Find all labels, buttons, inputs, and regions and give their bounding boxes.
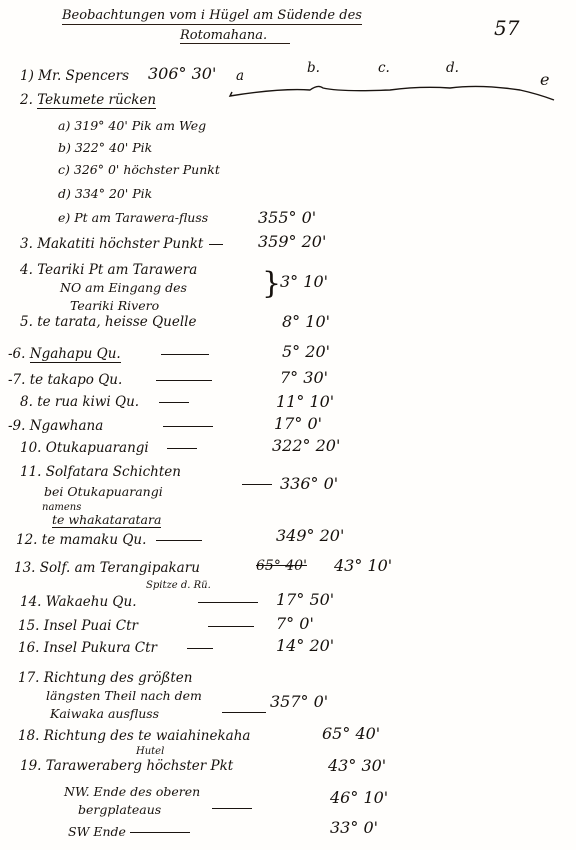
entry-text: Tekumete rücken bbox=[37, 92, 156, 109]
entry-11-line4: te whakataratara bbox=[52, 512, 161, 528]
entry-9-value: 17° 0' bbox=[274, 414, 322, 433]
entry-num: 8. bbox=[20, 394, 33, 410]
entry-2c: c) 326° 0' höchster Punkt bbox=[58, 162, 220, 177]
entry-num: 13. bbox=[14, 560, 35, 576]
entry-4-line3: Teariki Rivero bbox=[70, 298, 159, 313]
entry-2e-value: 355° 0' bbox=[258, 208, 316, 227]
entry-num: 18. bbox=[18, 728, 39, 744]
profile-label-e: e bbox=[540, 70, 549, 89]
entry-num: a) bbox=[58, 118, 70, 133]
entry-19-value: 43° 30' bbox=[328, 756, 386, 775]
entry-num: 10. bbox=[20, 440, 41, 456]
profile-label-b: b. bbox=[307, 60, 320, 76]
entry-16-value: 14° 20' bbox=[276, 636, 334, 655]
entry-18-value: 65° 40' bbox=[322, 724, 380, 743]
entry-3: 3. Makatiti höchster Punkt bbox=[20, 236, 229, 252]
entry-12-value: 349° 20' bbox=[276, 526, 344, 545]
entry-text: Makatiti höchster Punkt bbox=[37, 236, 203, 252]
entry-3-value: 359° 20' bbox=[258, 232, 326, 251]
page-number: 57 bbox=[494, 16, 519, 40]
entry-text: te tarata, heisse Quelle bbox=[37, 314, 196, 330]
entry-17-line3: Kaiwaka ausfluss bbox=[50, 706, 159, 721]
entry-2d: d) 334° 20' Pik bbox=[58, 186, 152, 201]
entry-4: 4. Teariki Pt am Tarawera bbox=[20, 262, 197, 278]
entry-num: 15. bbox=[18, 618, 39, 634]
entry-text: Solfatara Schichten bbox=[46, 464, 181, 480]
entry-13: 13. Solf. am Terangipakaru bbox=[14, 560, 200, 576]
entry-7: -7. te takapo Qu. bbox=[8, 372, 218, 388]
entry-18: 18. Richtung des te waiahinekaha bbox=[18, 728, 250, 744]
entry-2e: e) Pt am Tarawera-fluss bbox=[58, 210, 208, 225]
leader-line bbox=[222, 712, 266, 713]
entry-13-note: Spitze d. Rü. bbox=[146, 580, 211, 591]
entry-num: 4. bbox=[20, 262, 33, 278]
profile-label-c: c. bbox=[378, 60, 390, 76]
entry-text: 322° 40' Pik bbox=[75, 140, 152, 155]
brace: } bbox=[262, 266, 281, 301]
entry-4-value: 3° 10' bbox=[280, 272, 328, 291]
entry-text: Ngawhana bbox=[30, 418, 104, 434]
profile-label-a: a bbox=[236, 68, 244, 84]
entry-num: c) bbox=[58, 162, 70, 177]
manuscript-page: Beobachtungen vom i Hügel am Südende des… bbox=[0, 0, 576, 850]
entry-10-value: 322° 20' bbox=[272, 436, 340, 455]
entry-11-line2: bei Otukapuarangi bbox=[44, 484, 163, 499]
entry-num: -6. bbox=[8, 346, 25, 362]
entry-7-value: 7° 30' bbox=[280, 368, 328, 387]
entry-4-line2: NO am Eingang des bbox=[60, 280, 187, 295]
title-line-2: Rotomahana. bbox=[180, 28, 290, 44]
entry-num: b) bbox=[58, 140, 71, 155]
entry-19-sw-value: 33° 0' bbox=[330, 818, 378, 837]
entry-text: 326° 0' höchster Punkt bbox=[74, 162, 220, 177]
entry-num: 5. bbox=[20, 314, 33, 330]
entry-text: te takapo Qu. bbox=[30, 372, 123, 388]
entry-text: Taraweraberg höchster Pkt bbox=[46, 758, 233, 774]
entry-17-line2: längsten Theil nach dem bbox=[46, 688, 202, 703]
entry-5-value: 8° 10' bbox=[282, 312, 330, 331]
entry-8: 8. te rua kiwi Qu. bbox=[20, 394, 195, 410]
entry-text: Otukapuarangi bbox=[46, 440, 149, 456]
entry-text: Mr. Spencers bbox=[38, 68, 129, 84]
entry-1: 1) Mr. Spencers bbox=[20, 68, 129, 84]
entry-11: 11. Solfatara Schichten bbox=[20, 464, 181, 480]
entry-8-value: 11° 10' bbox=[276, 392, 334, 411]
entry-text: Ngahapu Qu. bbox=[30, 346, 121, 363]
entry-text: te mamaku Qu. bbox=[42, 532, 147, 548]
entry-19-sw: SW Ende bbox=[68, 824, 196, 839]
entry-text: te rua kiwi Qu. bbox=[37, 394, 139, 410]
entry-num: 14. bbox=[20, 594, 41, 610]
entry-19-nw-line1: NW. Ende des oberen bbox=[64, 784, 200, 799]
entry-5: 5. te tarata, heisse Quelle bbox=[20, 314, 196, 330]
leader-line bbox=[212, 808, 252, 809]
entry-2a: a) 319° 40' Pik am Weg bbox=[58, 118, 206, 133]
entry-6: -6. Ngahapu Qu. bbox=[8, 346, 215, 362]
entry-text: Insel Pukura Ctr bbox=[44, 640, 157, 656]
entry-13-struck-value: 65° 40' bbox=[256, 558, 307, 574]
entry-6-value: 5° 20' bbox=[282, 342, 330, 361]
entry-14-value: 17° 50' bbox=[276, 590, 334, 609]
mountain-profile-sketch bbox=[220, 62, 560, 102]
entry-num: 2. bbox=[20, 92, 33, 108]
entry-num: 12. bbox=[16, 532, 37, 548]
entry-num: 16. bbox=[18, 640, 39, 656]
entry-10: 10. Otukapuarangi bbox=[20, 440, 203, 456]
entry-18-note: Hutel bbox=[136, 746, 164, 757]
entry-num: 1) bbox=[20, 68, 34, 84]
entry-19: 19. Taraweraberg höchster Pkt bbox=[20, 758, 233, 774]
entry-19-nw-line2: bergplateaus bbox=[78, 802, 161, 817]
entry-text: Richtung des größten bbox=[44, 670, 193, 686]
entry-11-value: 336° 0' bbox=[280, 474, 338, 493]
entry-1-value: 306° 30' bbox=[148, 64, 216, 83]
entry-text: 334° 20' Pik bbox=[75, 186, 152, 201]
entry-9: -9. Ngawhana bbox=[8, 418, 219, 434]
entry-num: 17. bbox=[18, 670, 39, 686]
entry-14: 14. Wakaehu Qu. bbox=[20, 594, 264, 610]
entry-17-value: 357° 0' bbox=[270, 692, 328, 711]
entry-17: 17. Richtung des größten bbox=[18, 670, 192, 686]
entry-2b: b) 322° 40' Pik bbox=[58, 140, 152, 155]
entry-text: Richtung des te waiahinekaha bbox=[44, 728, 251, 744]
entry-text: 319° 40' Pik am Weg bbox=[74, 118, 206, 133]
entry-text: Insel Puai Ctr bbox=[44, 618, 138, 634]
entry-num: d) bbox=[58, 186, 71, 201]
title-line-1: Beobachtungen vom i Hügel am Südende des bbox=[62, 8, 362, 25]
entry-num: e) bbox=[58, 210, 70, 225]
entry-text: Wakaehu Qu. bbox=[46, 594, 137, 610]
entry-num: 19. bbox=[20, 758, 41, 774]
entry-text: Teariki Pt am Tarawera bbox=[37, 262, 197, 278]
entry-num: -9. bbox=[8, 418, 25, 434]
entry-2: 2. Tekumete rücken bbox=[20, 92, 156, 108]
entry-12: 12. te mamaku Qu. bbox=[16, 532, 208, 548]
entry-text: Solf. am Terangipakaru bbox=[40, 560, 200, 576]
entry-19-nw-value: 46° 10' bbox=[330, 788, 388, 807]
entry-15: 15. Insel Puai Ctr bbox=[18, 618, 260, 634]
entry-num: 11. bbox=[20, 464, 41, 480]
entry-num: 3. bbox=[20, 236, 33, 252]
profile-label-d: d. bbox=[446, 60, 459, 76]
entry-13-value: 43° 10' bbox=[334, 556, 392, 575]
entry-num: -7. bbox=[8, 372, 25, 388]
entry-text: Pt am Tarawera-fluss bbox=[74, 210, 208, 225]
leader-line bbox=[242, 484, 272, 485]
page-title: Beobachtungen vom i Hügel am Südende des… bbox=[62, 8, 362, 44]
entry-16: 16. Insel Pukura Ctr bbox=[18, 640, 219, 656]
entry-text: SW Ende bbox=[68, 824, 126, 839]
entry-15-value: 7° 0' bbox=[276, 614, 314, 633]
